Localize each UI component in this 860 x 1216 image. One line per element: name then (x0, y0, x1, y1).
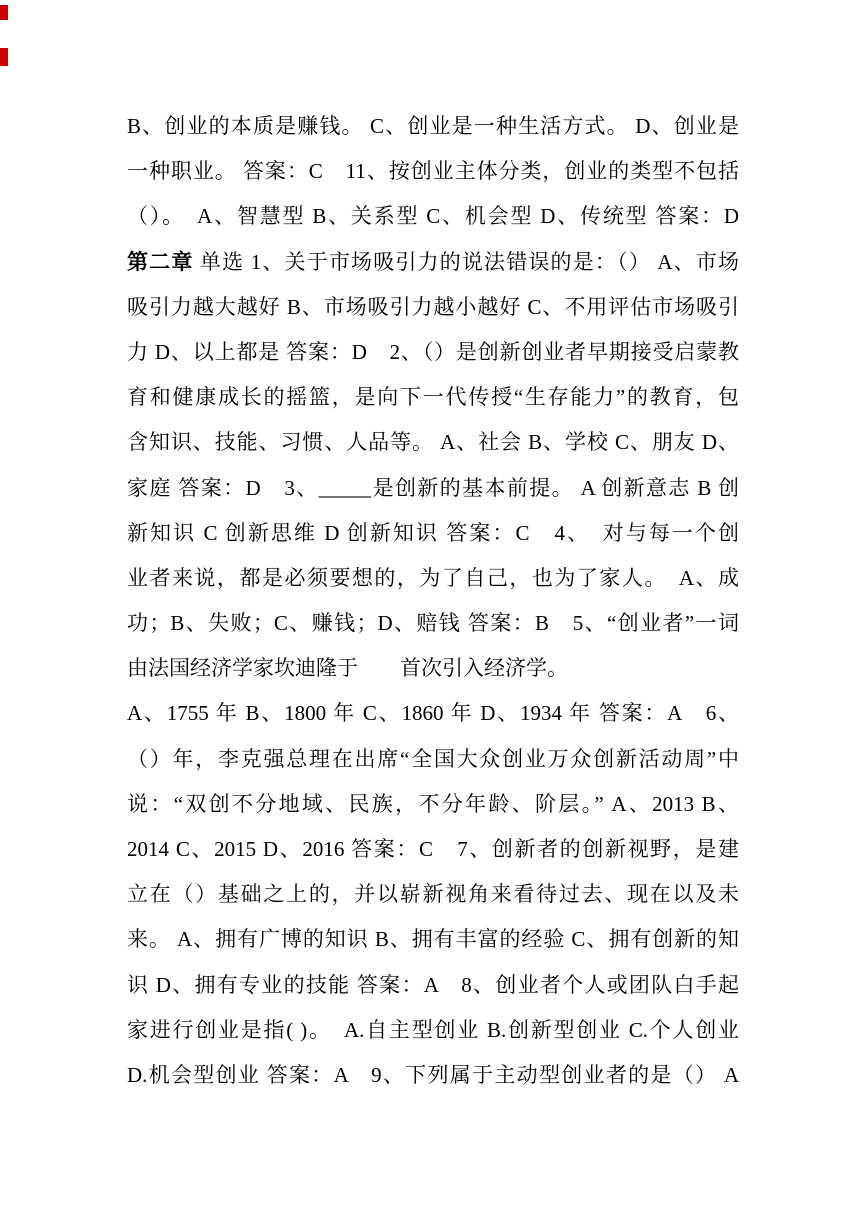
text-segment: 力 D、以上都是 答案：D 2、（）是创新创业者早期接受启蒙教 (127, 340, 739, 364)
text-segment: 说：“双创不分地域、民族，不分年龄、阶层。” A、2013 B、 (127, 792, 739, 816)
text-line: 含知识、技能、习惯、人品等。 A、社会 B、学校 C、朋友 D、 (127, 420, 739, 465)
text-line: 识 D、拥有专业的技能 答案：A 8、创业者个人或团队白手起 (127, 963, 739, 1008)
text-line: （）年，李克强总理在出席“全国大众创业万众创新活动周”中 (127, 737, 739, 782)
text-segment: 由法国经济学家坎迪隆于 首次引入经济学。 (127, 656, 568, 680)
text-line: 说：“双创不分地域、民族，不分年龄、阶层。” A、2013 B、 (127, 782, 739, 827)
text-segment: 2014 C、2015 D、2016 答案：C 7、创新者的创新视野，是建 (127, 837, 739, 861)
text-line: 力 D、以上都是 答案：D 2、（）是创新创业者早期接受启蒙教 (127, 330, 739, 375)
document-page: B、创业的本质是赚钱。 C、创业是一种生活方式。 D、创业是一种职业。 答案：C… (0, 0, 860, 1216)
text-segment: （）。 A、智慧型 B、关系型 C、机会型 D、传统型 答案：D (127, 204, 739, 228)
text-line: 由法国经济学家坎迪隆于 首次引入经济学。 (127, 646, 739, 691)
document-text: B、创业的本质是赚钱。 C、创业是一种生活方式。 D、创业是一种职业。 答案：C… (127, 104, 739, 1098)
text-segment: 功；B、失败；C、赚钱；D、赔钱 答案：B 5、“创业者”一词 (127, 611, 739, 635)
text-segment: D.机会型创业 答案：A 9、下列属于主动型创业者的是（） A (127, 1063, 739, 1087)
text-segment: （）年，李克强总理在出席“全国大众创业万众创新活动周”中 (127, 747, 739, 771)
text-segment: 含知识、技能、习惯、人品等。 A、社会 B、学校 C、朋友 D、 (127, 430, 739, 454)
text-segment: A、1755 年 B、1800 年 C、1860 年 D、1934 年 答案：A… (127, 701, 739, 725)
text-line: D.机会型创业 答案：A 9、下列属于主动型创业者的是（） A (127, 1053, 739, 1098)
text-line: 第二章 单选 1、关于市场吸引力的说法错误的是：（） A、市场 (127, 240, 739, 285)
text-segment: 新知识 C 创新思维 D 创新知识 答案：C 4、 对与每一个创 (127, 521, 739, 545)
text-line: A、1755 年 B、1800 年 C、1860 年 D、1934 年 答案：A… (127, 691, 739, 736)
text-segment: B、创业的本质是赚钱。 C、创业是一种生活方式。 D、创业是 (127, 114, 739, 138)
text-line: 新知识 C 创新思维 D 创新知识 答案：C 4、 对与每一个创 (127, 511, 739, 556)
text-segment: 业者来说，都是必须要想的，为了自己，也为了家人。 A、成 (127, 566, 739, 590)
text-line: 业者来说，都是必须要想的，为了自己，也为了家人。 A、成 (127, 556, 739, 601)
text-segment: 立在（）基础之上的，并以崭新视角来看待过去、现在以及未 (127, 882, 739, 906)
text-segment: 育和健康成长的摇篮，是向下一代传授“生存能力”的教育，包 (127, 385, 739, 409)
text-line: （）。 A、智慧型 B、关系型 C、机会型 D、传统型 答案：D (127, 194, 739, 239)
text-segment: 家庭 答案：D 3、_____是创新的基本前提。 A 创新意志 B 创 (127, 476, 739, 500)
text-segment: 吸引力越大越好 B、市场吸引力越小越好 C、不用评估市场吸引 (127, 295, 739, 319)
text-line: 2014 C、2015 D、2016 答案：C 7、创新者的创新视野，是建 (127, 827, 739, 872)
text-segment: 单选 1、关于市场吸引力的说法错误的是：（） A、市场 (194, 250, 739, 274)
text-line: B、创业的本质是赚钱。 C、创业是一种生活方式。 D、创业是 (127, 104, 739, 149)
text-line: 家进行创业是指( )。 A.自主型创业 B.创新型创业 C.个人创业 (127, 1008, 739, 1053)
text-line: 吸引力越大越好 B、市场吸引力越小越好 C、不用评估市场吸引 (127, 285, 739, 330)
text-line: 功；B、失败；C、赚钱；D、赔钱 答案：B 5、“创业者”一词 (127, 601, 739, 646)
text-line: 一种职业。 答案：C 11、按创业主体分类，创业的类型不包括 (127, 149, 739, 194)
text-line: 来。 A、拥有广博的知识 B、拥有丰富的经验 C、拥有创新的知 (127, 917, 739, 962)
text-segment: 识 D、拥有专业的技能 答案：A 8、创业者个人或团队白手起 (127, 973, 739, 997)
text-line: 立在（）基础之上的，并以崭新视角来看待过去、现在以及未 (127, 872, 739, 917)
text-segment: 来。 A、拥有广博的知识 B、拥有丰富的经验 C、拥有创新的知 (127, 927, 739, 951)
text-segment: 家进行创业是指( )。 A.自主型创业 B.创新型创业 C.个人创业 (127, 1018, 739, 1042)
red-edge-marker-1 (0, 5, 8, 20)
text-line: 育和健康成长的摇篮，是向下一代传授“生存能力”的教育，包 (127, 375, 739, 420)
text-segment: 一种职业。 答案：C 11、按创业主体分类，创业的类型不包括 (127, 159, 739, 183)
chapter-heading: 第二章 (127, 250, 194, 274)
text-line: 家庭 答案：D 3、_____是创新的基本前提。 A 创新意志 B 创 (127, 466, 739, 511)
red-edge-marker-2 (0, 48, 8, 66)
